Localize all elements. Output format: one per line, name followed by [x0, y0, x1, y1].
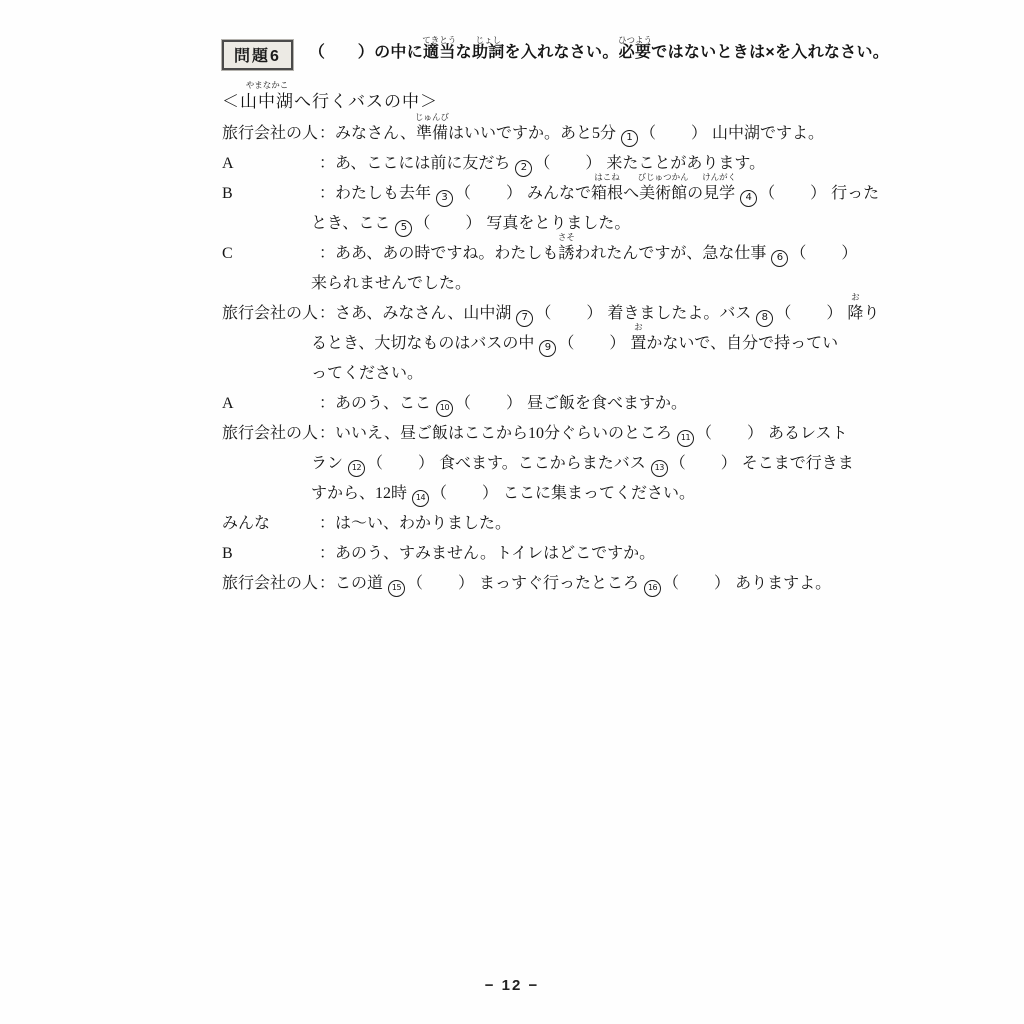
- circled-number: 4: [740, 190, 757, 207]
- dialogue-entry: 旅行会社の人：いいえ、昼ご飯はここから10分ぐらいのところ 11（ ） あるレス…: [222, 419, 832, 509]
- ruby-text: 助詞じょし: [472, 43, 505, 63]
- answer-blank: （ ）: [535, 305, 603, 322]
- speaker-colon: ：: [319, 539, 335, 569]
- dialogue-line: さあ、みなさん、山中湖 7（ ） 着きましたよ。バス 8（ ） 降おり: [335, 299, 832, 329]
- scene-title: ＜山中湖やまなかこへ行くバスの中＞: [222, 87, 832, 112]
- dialogue-line: みなさん、準備じゅんびはいいですか。あと5分 1（ ） 山中湖ですよ。: [335, 119, 832, 149]
- speaker-name: B: [222, 539, 233, 569]
- dialogue-line: ああ、あの時ですね。わたしも誘さそわれたんですが、急な仕事 6（ ）: [335, 239, 832, 269]
- answer-blank: （ ）: [775, 305, 843, 322]
- furigana: じょし: [475, 36, 501, 45]
- speaker-name: 旅行会社の人: [222, 299, 318, 389]
- answer-blank: （ ）: [663, 575, 731, 592]
- dialogue-line: わたしも去年 3（ ） みんなで箱根はこねへ美術館びじゅつかんの見学けんがく 4…: [335, 179, 832, 209]
- dialogue-entry: C：ああ、あの時ですね。わたしも誘さそわれたんですが、急な仕事 6（ ）来られま…: [222, 239, 832, 299]
- dialogue-lines: ああ、あの時ですね。わたしも誘さそわれたんですが、急な仕事 6（ ）来られません…: [335, 239, 832, 299]
- speaker-name: 旅行会社の人: [222, 419, 318, 509]
- furigana: てきとう: [422, 36, 456, 45]
- circled-number: 9: [539, 340, 556, 357]
- speaker-label: B：: [222, 539, 335, 569]
- dialogue-entry: B：あのう、すみません。トイレはどこですか。: [222, 539, 832, 569]
- answer-blank: （ ）: [696, 425, 764, 442]
- answer-blank: （ ）: [367, 455, 435, 472]
- speaker-colon: ：: [319, 569, 335, 599]
- dialogue-entry: 旅行会社の人：この道 15（ ） まっすぐ行ったところ 16（ ） ありますよ。: [222, 569, 832, 599]
- dialogue-line: すから、12時 14（ ） ここに集まってください。: [311, 479, 832, 509]
- speaker-label: A：: [222, 149, 335, 179]
- circled-number: 5: [395, 220, 412, 237]
- answer-blank: （ ）: [414, 215, 482, 232]
- answer-blank: （ ）: [790, 245, 858, 262]
- speaker-colon: ：: [319, 119, 335, 149]
- dialogue-line: あのう、ここ 10（ ） 昼ご飯を食べますか。: [335, 389, 832, 419]
- circled-number: 2: [515, 160, 532, 177]
- speaker-name: 旅行会社の人: [222, 119, 318, 149]
- circled-number: 7: [516, 310, 533, 327]
- answer-blank: （ ）: [431, 485, 499, 502]
- speaker-name: C: [222, 239, 233, 299]
- dialogue-lines: は～い、わかりました。: [335, 509, 832, 539]
- ruby-text: 降お: [847, 299, 863, 329]
- dialogue-lines: いいえ、昼ご飯はここから10分ぐらいのところ 11（ ） あるレストラン 12（…: [335, 419, 832, 509]
- furigana: びじゅつかん: [638, 173, 689, 182]
- dialogue-entry: 旅行会社の人：さあ、みなさん、山中湖 7（ ） 着きましたよ。バス 8（ ） 降…: [222, 299, 832, 389]
- ruby-text: 準備じゅんび: [416, 119, 448, 149]
- furigana: さそ: [558, 233, 575, 242]
- speaker-name: A: [222, 389, 234, 419]
- speaker-label: みんな：: [222, 509, 335, 539]
- speaker-colon: ：: [319, 149, 335, 179]
- circled-number: 16: [644, 580, 661, 597]
- circled-number: 15: [388, 580, 405, 597]
- problem-header: 問題6 （ ）の中に適当てきとうな助詞じょしを入れなさい。必要ひつようではないと…: [222, 40, 832, 70]
- dialogue-line: あのう、すみません。トイレはどこですか。: [335, 539, 832, 569]
- circled-number: 1: [621, 130, 638, 147]
- dialogue-line: あ、ここには前に友だち 2（ ） 来たことがあります。: [335, 149, 832, 179]
- dialogue-line: ってください。: [311, 359, 832, 389]
- page-content: 問題6 （ ）の中に適当てきとうな助詞じょしを入れなさい。必要ひつようではないと…: [222, 40, 832, 599]
- problem-number-box: 問題6: [222, 40, 293, 70]
- circled-number: 14: [412, 490, 429, 507]
- ruby-text: 適当てきとう: [423, 43, 456, 63]
- dialogue-lines: わたしも去年 3（ ） みんなで箱根はこねへ美術館びじゅつかんの見学けんがく 4…: [335, 179, 832, 239]
- furigana: お: [851, 293, 860, 302]
- circled-number: 10: [436, 400, 453, 417]
- answer-blank: （ ）: [455, 395, 523, 412]
- speaker-label: 旅行会社の人：: [222, 119, 335, 149]
- dialogue-entry: A：あ、ここには前に友だち 2（ ） 来たことがあります。: [222, 149, 832, 179]
- instruction-text: （ ）の中に適当てきとうな助詞じょしを入れなさい。必要ひつようではないときは×を…: [309, 40, 889, 63]
- dialogue-lines: さあ、みなさん、山中湖 7（ ） 着きましたよ。バス 8（ ） 降おりるとき、大…: [335, 299, 832, 389]
- dialogue-entry: B：わたしも去年 3（ ） みんなで箱根はこねへ美術館びじゅつかんの見学けんがく…: [222, 179, 832, 239]
- ruby-text: 見学けんがく: [703, 179, 735, 209]
- ruby-text: 箱根はこね: [591, 179, 623, 209]
- speaker-name: 旅行会社の人: [222, 569, 318, 599]
- circled-number: 12: [348, 460, 365, 477]
- speaker-label: 旅行会社の人：: [222, 569, 335, 599]
- dialogue-line: ラン 12（ ） 食べます。ここからまたバス 13（ ） そこまで行きま: [311, 449, 832, 479]
- dialogue: 旅行会社の人：みなさん、準備じゅんびはいいですか。あと5分 1（ ） 山中湖です…: [222, 119, 832, 599]
- answer-blank: （ ）: [407, 575, 475, 592]
- speaker-colon: ：: [319, 509, 335, 539]
- furigana: ひつよう: [618, 36, 652, 45]
- dialogue-lines: この道 15（ ） まっすぐ行ったところ 16（ ） ありますよ。: [335, 569, 832, 599]
- speaker-label: A：: [222, 389, 335, 419]
- dialogue-lines: あのう、ここ 10（ ） 昼ご飯を食べますか。: [335, 389, 832, 419]
- dialogue-lines: あのう、すみません。トイレはどこですか。: [335, 539, 832, 569]
- furigana: けんがく: [702, 173, 736, 182]
- circled-number: 8: [756, 310, 773, 327]
- speaker-name: A: [222, 149, 234, 179]
- answer-blank: （ ）: [455, 185, 523, 202]
- dialogue-lines: みなさん、準備じゅんびはいいですか。あと5分 1（ ） 山中湖ですよ。: [335, 119, 832, 149]
- ruby-text: 山中湖やまなかこ: [240, 87, 294, 112]
- dialogue-line: この道 15（ ） まっすぐ行ったところ 16（ ） ありますよ。: [335, 569, 832, 599]
- dialogue-entry: 旅行会社の人：みなさん、準備じゅんびはいいですか。あと5分 1（ ） 山中湖です…: [222, 119, 832, 149]
- furigana: じゅんび: [415, 113, 449, 122]
- dialogue-line: 来られませんでした。: [311, 269, 832, 299]
- ruby-text: 美術館びじゅつかん: [639, 179, 687, 209]
- exam-page: 問題6 （ ）の中に適当てきとうな助詞じょしを入れなさい。必要ひつようではないと…: [0, 0, 1024, 1024]
- dialogue-entry: みんな：は～い、わかりました。: [222, 509, 832, 539]
- ruby-text: 誘さそ: [558, 239, 574, 269]
- circled-number: 11: [677, 430, 694, 447]
- ruby-text: 置お: [630, 329, 646, 359]
- answer-blank: （ ）: [640, 125, 708, 142]
- dialogue-line: いいえ、昼ご飯はここから10分ぐらいのところ 11（ ） あるレスト: [335, 419, 832, 449]
- circled-number: 3: [436, 190, 453, 207]
- answer-blank: （ ）: [670, 455, 738, 472]
- speaker-name: みんな: [222, 509, 270, 539]
- dialogue-line: るとき、大切なものはバスの中 9（ ） 置おかないで、自分で持ってい: [311, 329, 832, 359]
- answer-blank: （ ）: [759, 185, 827, 202]
- ruby-text: 必要ひつよう: [619, 43, 652, 63]
- furigana: はこね: [594, 173, 620, 182]
- speaker-colon: ：: [319, 389, 335, 419]
- dialogue-entry: A：あのう、ここ 10（ ） 昼ご飯を食べますか。: [222, 389, 832, 419]
- circled-number: 13: [651, 460, 668, 477]
- circled-number: 6: [771, 250, 788, 267]
- furigana: やまなかこ: [246, 81, 289, 90]
- speaker-name: B: [222, 179, 233, 239]
- answer-blank: （ ）: [534, 155, 602, 172]
- page-number: − 12 −: [0, 977, 1024, 994]
- dialogue-lines: あ、ここには前に友だち 2（ ） 来たことがあります。: [335, 149, 832, 179]
- dialogue-line: は～い、わかりました。: [335, 509, 832, 539]
- answer-blank: （ ）: [558, 335, 626, 352]
- furigana: お: [634, 323, 643, 332]
